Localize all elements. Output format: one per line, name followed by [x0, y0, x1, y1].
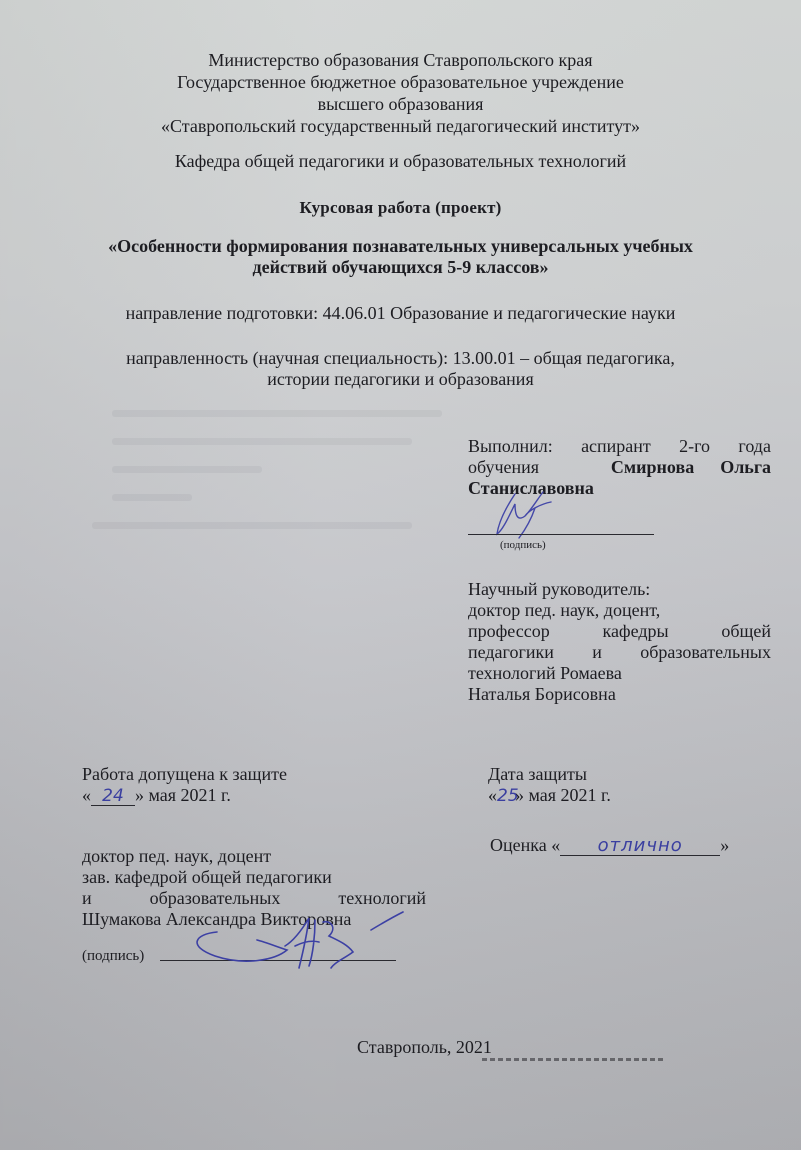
supervisor-position-line3: технологий Ромаева	[468, 663, 771, 684]
grade-label: Оценка «	[490, 835, 560, 855]
admission-date: «24» мая 2021 г.	[82, 785, 426, 806]
author-surname: Смирнова	[611, 457, 694, 478]
admission-heading: Работа допущена к защите	[82, 764, 426, 785]
work-title-line2: действий обучающихся 5-9 классов»	[0, 257, 801, 278]
author-line1: Выполнил: аспирант 2-го года	[468, 436, 771, 457]
head-position-line2: и образовательных технологий	[82, 888, 426, 909]
institution-type-line2: высшего образования	[0, 93, 801, 115]
institution-name: «Ставропольский государственный педагоги…	[0, 115, 801, 137]
defense-date: «25» мая 2021 г.	[488, 785, 611, 807]
bleed-through-fragment	[482, 1058, 664, 1061]
document-header: Министерство образования Ставропольского…	[0, 49, 801, 137]
admission-day-field: 24	[91, 787, 135, 806]
head-signature	[185, 910, 415, 980]
department-name: Кафедра общей педагогики и образовательн…	[0, 150, 801, 172]
specialty-line2: истории педагогики и образования	[0, 369, 801, 390]
work-title-line1: «Особенности формирования познавательных…	[0, 236, 801, 257]
training-direction: направление подготовки: 44.06.01 Образов…	[0, 302, 801, 324]
defense-day-field: 25	[497, 786, 515, 807]
supervisor-name: Наталья Борисовна	[468, 684, 771, 705]
author-first-name: Ольга	[720, 457, 771, 478]
defense-heading: Дата защиты	[488, 764, 611, 785]
supervisor-position-line1: профессор кафедры общей	[468, 621, 771, 642]
author-signature-line	[468, 534, 654, 535]
ministry-name: Министерство образования Ставропольского…	[0, 49, 801, 71]
city-year: Ставрополь, 2021	[357, 1037, 492, 1058]
supervisor-block: Научный руководитель: доктор пед. наук, …	[468, 579, 771, 705]
grade-value: отлично	[560, 837, 720, 856]
institution-type-line1: Государственное бюджетное образовательно…	[0, 71, 801, 93]
specialty-line1: направленность (научная специальность): …	[0, 348, 801, 369]
head-degree: доктор пед. наук, доцент	[82, 846, 426, 867]
author-signature-caption: (подпись)	[500, 539, 546, 551]
supervisor-position-line2: педагогики и образовательных	[468, 642, 771, 663]
specialty: направленность (научная специальность): …	[0, 348, 801, 390]
supervisor-heading: Научный руководитель:	[468, 579, 771, 600]
work-type: Курсовая работа (проект)	[0, 197, 801, 219]
head-signature-caption: (подпись)	[82, 948, 144, 965]
work-title: «Особенности формирования познавательных…	[0, 236, 801, 278]
author-signature	[485, 490, 565, 540]
defense-block: Дата защиты «25» мая 2021 г.	[488, 764, 611, 807]
author-line2: обучения Смирнова Ольга	[468, 457, 771, 478]
admission-block: Работа допущена к защите «24» мая 2021 г…	[82, 764, 426, 806]
head-position-line1: зав. кафедрой общей педагогики	[82, 867, 426, 888]
supervisor-degree: доктор пед. наук, доцент,	[468, 600, 771, 621]
grade-field: Оценка «отлично»	[490, 835, 729, 856]
